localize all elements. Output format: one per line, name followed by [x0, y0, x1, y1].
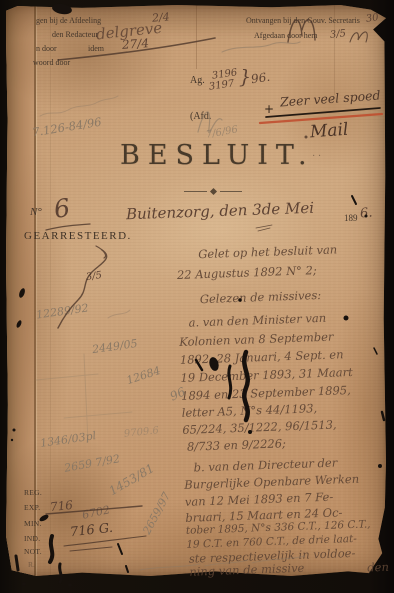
header-right-row1-value: 30 [365, 13, 379, 25]
agenda-number-bottom: 3197 [208, 79, 235, 92]
body-line: 8/733 en 9/2226; [187, 436, 286, 453]
text-layer: gen bij de Afdeeling 2/4 den Redacteur d… [0, 0, 394, 593]
margin-pencil-note: 12289/92 [35, 302, 89, 320]
routing-label-min: MIN. [24, 520, 42, 528]
page-title: BESLUIT. [120, 142, 315, 169]
header-left-row3-value: 27/4 [122, 37, 150, 51]
number-label: N° [30, 207, 42, 218]
body-line: letter A5, N°s 44/1193, [182, 401, 318, 420]
margin-pencil-note: 1453/81 [107, 462, 156, 497]
routing-label-exp: EXP. [24, 504, 40, 512]
header-left-row3-label2: idem [88, 45, 104, 53]
pencil-afd-note: 7/6/96 [205, 125, 238, 140]
margin-pencil-note: 2659/97 [141, 491, 172, 537]
pencil-registration-number: 7.126-84/96 [32, 117, 103, 139]
routing-label-ind: IND. [24, 535, 40, 543]
year-written: 6. [359, 206, 372, 220]
agenda-label: Ag. [190, 76, 205, 86]
decree-body: Gelet op het besluit van 22 Augustus 189… [176, 241, 388, 248]
body-line: 19 December 1893, 31 Maart [180, 365, 353, 385]
margin-pencil-note: 9709.6 [124, 426, 160, 440]
number-value: 6 [52, 195, 71, 222]
body-line: 1892, 28 Januari, 4 Sept. en [180, 347, 344, 367]
divider-line [184, 191, 207, 192]
margin-pencil-note: 12684 [125, 365, 162, 386]
header-left-row4-label: woord door [33, 59, 70, 67]
margin-pencil-note: 2449/05 [91, 338, 138, 355]
margin-pencil-note: 1346/03pl [40, 430, 97, 449]
body-closing-word: den [367, 560, 389, 575]
photo-stage: gen bij de Afdeeling 2/4 den Redacteur d… [0, 0, 394, 593]
body-line: ning van de missive [189, 561, 305, 579]
header-right-row2-label: Afgedaan door hem [254, 32, 318, 40]
body-line: Gelet op het besluit van [198, 242, 337, 261]
routing-value-1: 716 [49, 499, 73, 513]
body-line: Gelezen de missives: [200, 288, 322, 306]
body-line: b. van den Directeur der [193, 456, 337, 475]
header-left-row1-label: gen bij de Afdeeling [36, 17, 101, 25]
routing-value-3: 716 G. [69, 522, 113, 539]
plus-mark: + [264, 103, 274, 115]
place-date-script: Buitenzorg, den 3de Mei [126, 201, 314, 223]
header-left-row3-label: n door [36, 45, 57, 53]
afdeeling-label: (Afd. [190, 112, 211, 122]
header-left-row2-label: den Redacteur [52, 31, 98, 39]
year-printed: 189 [344, 214, 358, 223]
divider-line [220, 191, 243, 192]
body-line: Kolonien van 8 September [179, 330, 334, 349]
body-line: 22 Augustus 1892 N° 2; [177, 263, 317, 282]
routing-label-r: R. [28, 561, 35, 569]
agenda-year: 96. [250, 71, 271, 86]
divider-diamond [209, 188, 216, 195]
body-line: 1894 en 23 September 1895, [181, 383, 351, 403]
ornament-divider [184, 189, 242, 194]
header-right-row2-value: 3/5 [330, 29, 347, 41]
gearresteerd-label: GEARRESTEERD. [24, 231, 132, 242]
paraaf-date: 3/5 [85, 271, 102, 283]
title-trailing-dots: · · [312, 152, 321, 162]
body-line: Burgerlijke Openbare Werken [184, 472, 359, 492]
routing-label-not: NOT. [24, 548, 42, 556]
body-line: 65/224, 35/1222, 96/1513, [182, 418, 337, 437]
routing-value-2: 6702 [81, 504, 111, 521]
margin-pencil-note: 2659 7/92 [63, 453, 120, 474]
urgency-note: Zeer veel spoed [280, 90, 381, 109]
routing-label-reg: REG. [24, 489, 42, 497]
mail-note: Mail [309, 122, 349, 142]
agenda-brace: } [239, 68, 251, 87]
body-line: a. van den Minister van [188, 311, 326, 330]
header-right-row1-label: Ontvangen bij den Gouv. Secretaris [246, 17, 360, 25]
